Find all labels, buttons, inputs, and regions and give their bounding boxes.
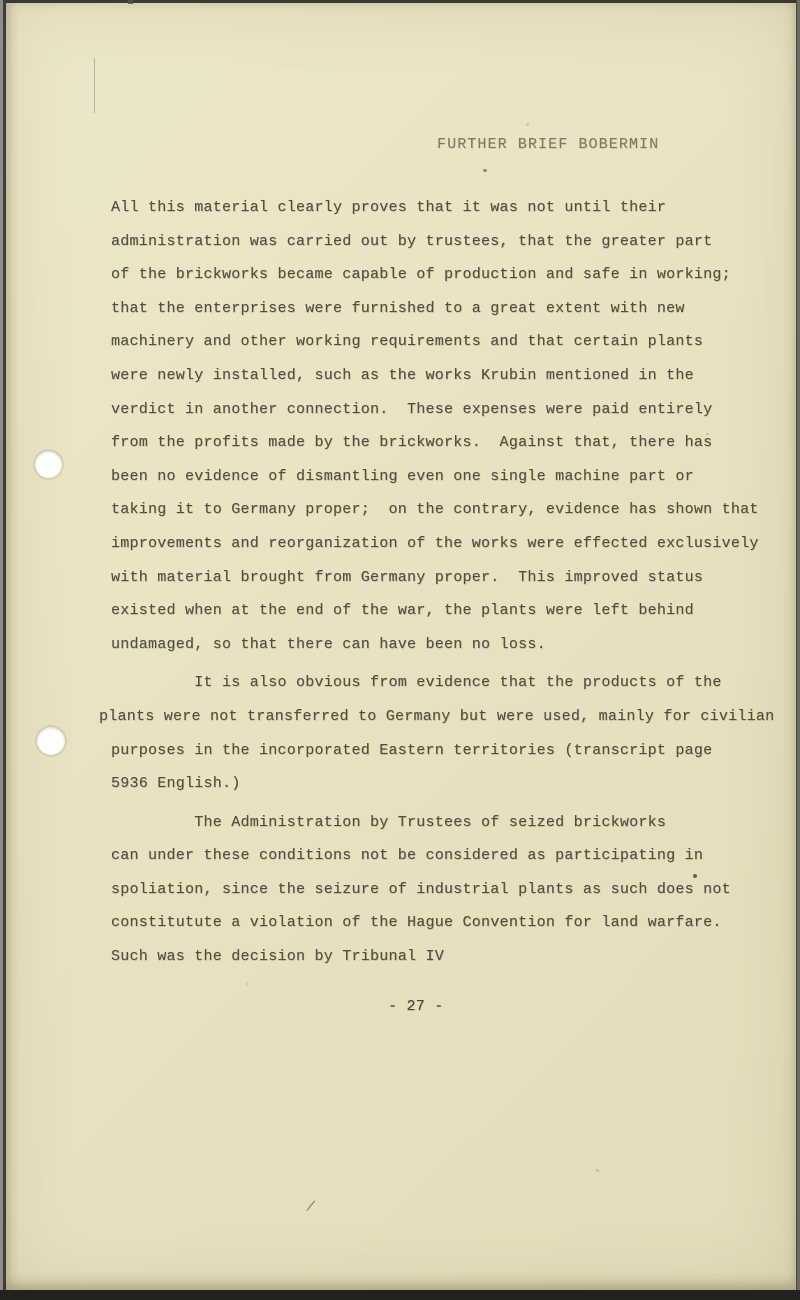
paper-speck: [526, 123, 529, 126]
text-line: existed when at the end of the war, the …: [111, 594, 800, 628]
text-line: of the brickworks became capable of prod…: [111, 258, 800, 292]
text-line: 5936 English.): [111, 767, 800, 801]
text-line: It is also obvious from evidence that th…: [111, 666, 800, 700]
text-line: All this material clearly proves that it…: [111, 191, 800, 225]
text-line: administration was carried out by truste…: [111, 225, 800, 259]
text-line: been no evidence of dismantling even one…: [111, 460, 800, 494]
stray-slash-mark: /: [305, 1198, 317, 1216]
text-line: were newly installed, such as the works …: [111, 359, 800, 393]
text-line: improvements and reorganization of the w…: [111, 527, 800, 561]
paper-speck: [596, 1169, 599, 1172]
text-line: with material brought from Germany prope…: [111, 561, 800, 595]
text-line: spoliation, since the seizure of industr…: [111, 873, 800, 907]
punch-hole-bottom: [37, 727, 65, 755]
paper-speck: [706, 433, 709, 435]
text-line: can under these conditions not be consid…: [111, 839, 800, 873]
paper-sheet: FURTHER BRIEF BOBERMIN All this material…: [6, 3, 796, 1291]
text-line: that the enterprises were furnished to a…: [111, 292, 800, 326]
page-number: - 27 -: [388, 998, 444, 1015]
punch-hole-top: [35, 451, 62, 478]
text-line: purposes in the incorporated Eastern ter…: [111, 734, 800, 768]
text-line: undamaged, so that there can have been n…: [111, 628, 800, 662]
page-header-title: FURTHER BRIEF BOBERMIN: [437, 136, 659, 153]
text-line: verdict in another connection. These exp…: [111, 393, 800, 427]
stray-dot-mark: [693, 874, 697, 878]
text-line: Such was the decision by Tribunal IV: [111, 940, 800, 974]
text-line: from the profits made by the brickworks.…: [111, 426, 800, 460]
stray-line-mark: [94, 58, 95, 113]
text-line: taking it to Germany proper; on the cont…: [111, 493, 800, 527]
paper-speck: [246, 983, 248, 985]
stray-dot-mark: [483, 169, 487, 172]
scan-edge-bottom: [0, 1290, 800, 1300]
text-line: plants were not transferred to Germany b…: [99, 700, 800, 734]
text-line: machinery and other working requirements…: [111, 325, 800, 359]
text-line: The Administration by Trustees of seized…: [111, 806, 800, 840]
scan-mark-top: [128, 0, 133, 4]
body-text: All this material clearly proves that it…: [111, 191, 800, 974]
text-line: constitutute a violation of the Hague Co…: [111, 906, 800, 940]
